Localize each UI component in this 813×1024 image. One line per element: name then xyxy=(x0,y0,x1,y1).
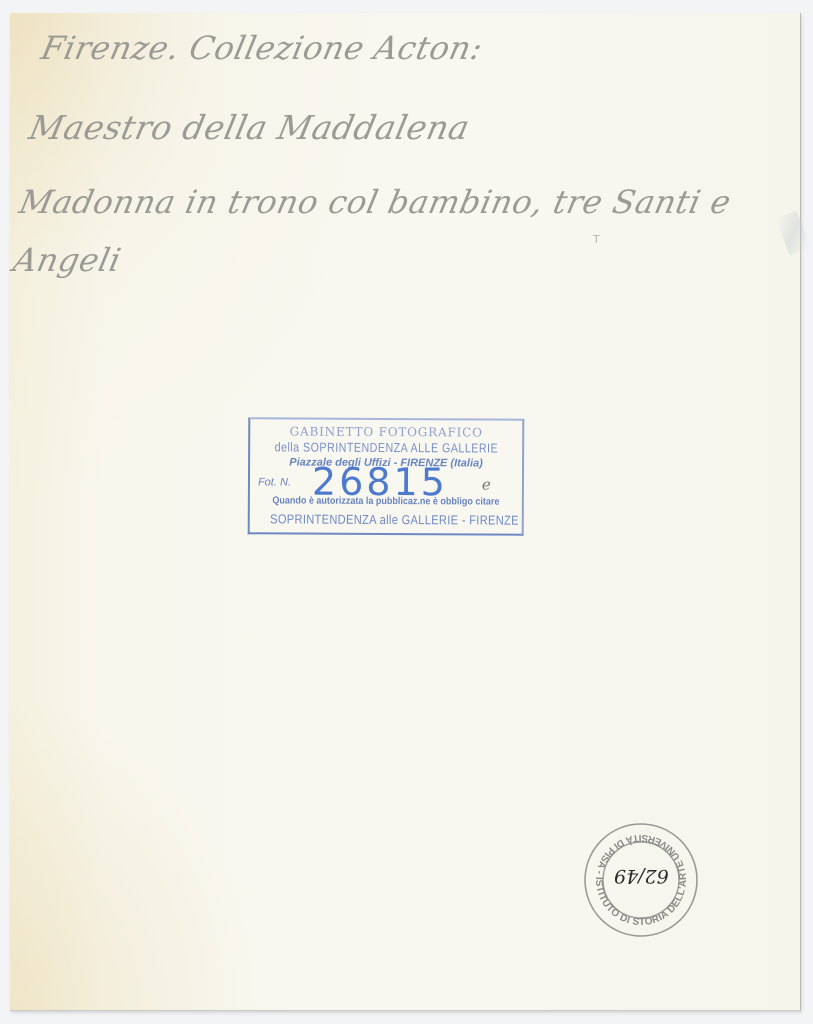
university-seal: UNIVERSITÀ DI PISA - ISTITUTO DI STORIA … xyxy=(582,821,700,939)
stamp-photo-number-suffix: e xyxy=(482,476,491,494)
seal-inventory-number: 62/49 xyxy=(614,865,669,887)
handwritten-line-title: Madonna in trono col bambino, tre Santi … xyxy=(16,183,735,221)
stamp-fot-label: Fot. N. xyxy=(258,476,291,488)
stamp-footer: SOPRINTENDENZA alle GALLERIE - FIRENZE xyxy=(270,511,501,527)
archive-stamp: GABINETTO FOTOGRAFICO della SOPRINTENDEN… xyxy=(248,417,525,535)
handwritten-line-artist: Maestro della Maddalena xyxy=(26,108,473,147)
stamp-notice: Quando è autorizzata la pubblicaz.ne è o… xyxy=(263,495,508,507)
pencil-mark: T xyxy=(593,233,600,246)
handwritten-line-location: Firenze. Collezione Acton: xyxy=(38,29,486,67)
edge-smudge xyxy=(776,210,810,255)
photo-back-card: Firenze. Collezione Acton: Maestro della… xyxy=(10,13,801,1011)
stamp-subtitle: della SOPRINTENDENZA ALLE GALLERIE xyxy=(275,439,498,455)
stamp-title: GABINETTO FOTOGRAFICO xyxy=(250,424,522,439)
handwritten-line-title-cont: Angeli xyxy=(10,241,125,279)
